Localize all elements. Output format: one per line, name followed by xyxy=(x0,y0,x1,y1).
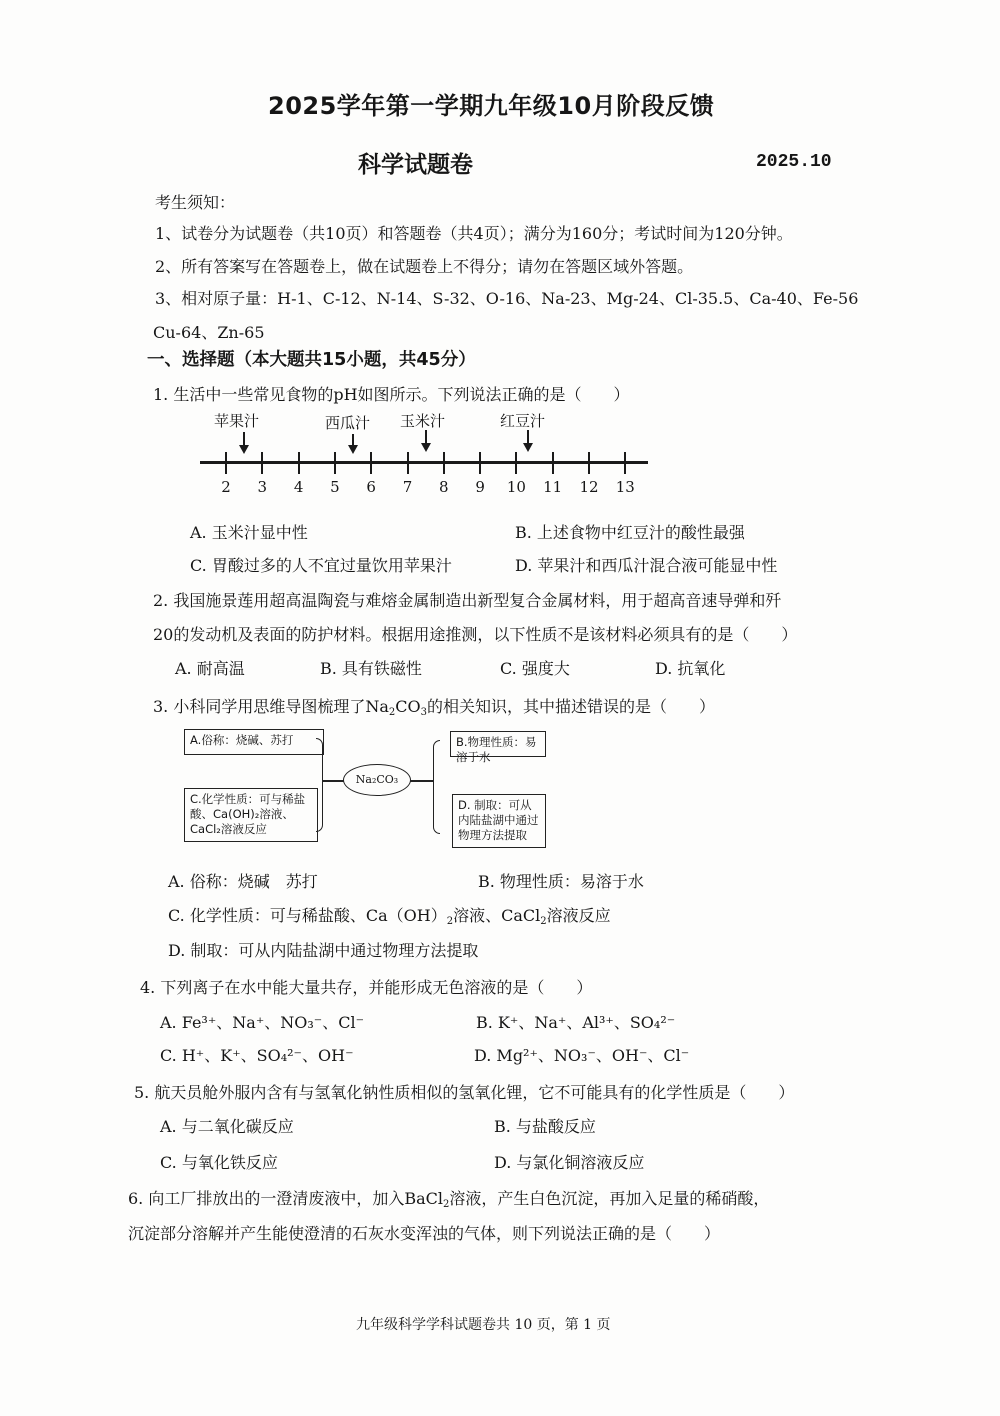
mindmap-node-a: A.俗称：烧碱、苏打 xyxy=(184,729,324,755)
notice-item-3-cont: Cu-64、Zn-65 xyxy=(153,320,265,343)
ph-axis-line xyxy=(200,461,648,464)
ph-tick-label: 10 xyxy=(501,478,531,496)
exam-date: 2025.10 xyxy=(756,152,832,172)
q4-option-a: A. Fe³⁺、Na⁺、NO₃⁻、Cl⁻ xyxy=(160,1010,364,1033)
arrow-down-icon xyxy=(425,430,427,450)
ph-tick xyxy=(479,452,481,474)
ph-tick-label: 4 xyxy=(284,478,314,496)
connector-line xyxy=(410,780,434,782)
ph-tick xyxy=(588,452,590,474)
q5-option-c: C. 与氧化铁反应 xyxy=(160,1150,278,1173)
q2-option-c: C. 强度大 xyxy=(500,656,570,679)
ph-tick-label: 5 xyxy=(320,478,350,496)
ph-tick-label: 12 xyxy=(574,478,604,496)
exam-subtitle: 科学试题卷 xyxy=(358,146,473,179)
ph-tick xyxy=(370,452,372,474)
q4-option-d: D. Mg²⁺、NO₃⁻、OH⁻、Cl⁻ xyxy=(474,1043,689,1066)
q6-stem-line1: 6. 向工厂排放出的一澄清废液中，加入BaCl2溶液，产生白色沉淀，再加入足量的… xyxy=(128,1186,769,1210)
connector-line xyxy=(322,780,344,782)
q5-option-a: A. 与二氧化碳反应 xyxy=(160,1114,294,1137)
mindmap-node-c: C.化学性质：可与稀盐酸、Ca(OH)₂溶液、CaCl₂溶液反应 xyxy=(184,788,318,842)
q2-option-d: D. 抗氧化 xyxy=(655,656,725,679)
q3-stem-part: 的相关知识，其中描述错误的是（ ） xyxy=(427,697,715,716)
q3-option-c-part: 溶液反应 xyxy=(547,906,611,925)
ph-tick-label: 8 xyxy=(429,478,459,496)
ph-tick xyxy=(261,452,263,474)
notice-heading: 考生须知： xyxy=(155,190,235,213)
ph-tick xyxy=(624,452,626,474)
ph-tick-label: 9 xyxy=(465,478,495,496)
ph-tick-label: 11 xyxy=(538,478,568,496)
brace-left xyxy=(316,738,323,832)
q2-option-a: A. 耐高温 xyxy=(175,656,245,679)
ph-tick-label: 13 xyxy=(610,478,640,496)
ph-tick xyxy=(552,452,554,474)
q3-option-c-part: C. 化学性质：可与稀盐酸、Ca（OH） xyxy=(168,906,447,925)
page-footer: 九年级科学学科试题卷共 10 页，第 1 页 xyxy=(356,1314,611,1334)
food-label-red-bean-juice: 红豆汁 xyxy=(500,410,545,431)
notice-item-2: 2、所有答案写在答题卷上，做在试题卷上不得分；请勿在答题区域外答题。 xyxy=(155,254,693,277)
ph-tick xyxy=(225,452,227,474)
q1-option-c: C. 胃酸过多的人不宜过量饮用苹果汁 xyxy=(190,553,452,576)
q4-option-c: C. H⁺、K⁺、SO₄²⁻、OH⁻ xyxy=(160,1043,354,1066)
q6-stem-line2: 沉淀部分溶解并产生能使澄清的石灰水变浑浊的气体，则下列说法正确的是（ ） xyxy=(128,1221,720,1244)
q5-stem: 5. 航天员舱外服内含有与氢氧化钠性质相似的氢氧化锂，它不可能具有的化学性质是（… xyxy=(134,1080,794,1103)
q3-stem: 3. 小科同学用思维导图梳理了Na2CO3的相关知识，其中描述错误的是（ ） xyxy=(153,694,715,718)
food-label-apple-juice: 苹果汁 xyxy=(214,410,259,431)
ph-tick xyxy=(298,452,300,474)
q3-option-b: B. 物理性质：易溶于水 xyxy=(478,869,644,892)
ph-scale-figure: 2345678910111213 苹果汁 西瓜汁 玉米汁 红豆汁 xyxy=(0,400,1000,500)
ph-tick-label: 3 xyxy=(247,478,277,496)
arrow-down-icon xyxy=(352,434,354,452)
q3-option-c-part: 溶液、CaCl xyxy=(453,906,540,925)
food-label-corn-juice: 玉米汁 xyxy=(400,410,445,431)
exam-title: 2025学年第一学期九年级10月阶段反馈 xyxy=(268,86,714,121)
brace-right xyxy=(433,740,440,834)
food-label-watermelon-juice: 西瓜汁 xyxy=(325,412,370,433)
q5-option-d: D. 与氯化铜溶液反应 xyxy=(494,1150,644,1173)
q4-stem: 4. 下列离子在水中能大量共存，并能形成无色溶液的是（ ） xyxy=(140,975,592,998)
ph-tick-label: 7 xyxy=(393,478,423,496)
q3-stem-part: 3. 小科同学用思维导图梳理了Na xyxy=(153,697,389,716)
ph-tick-label: 2 xyxy=(211,478,241,496)
q5-option-b: B. 与盐酸反应 xyxy=(494,1114,596,1137)
q3-stem-part: CO xyxy=(395,697,420,716)
mindmap-center-na2co3: Na₂CO₃ xyxy=(343,764,411,796)
arrow-down-icon xyxy=(243,432,245,452)
ph-tick-label: 6 xyxy=(356,478,386,496)
q3-option-d: D. 制取：可从内陆盐湖中通过物理方法提取 xyxy=(168,938,478,961)
q3-option-c: C. 化学性质：可与稀盐酸、Ca（OH）2溶液、CaCl2溶液反应 xyxy=(168,903,611,927)
q1-option-d: D. 苹果汁和西瓜汁混合液可能显中性 xyxy=(515,553,777,576)
q4-option-b: B. K⁺、Na⁺、Al³⁺、SO₄²⁻ xyxy=(476,1010,675,1033)
q3-option-a: A. 俗称：烧碱 苏打 xyxy=(168,869,318,892)
ph-tick xyxy=(407,452,409,474)
q2-stem-line2: 20的发动机及表面的防护材料。根据用途推测，以下性质不是该材料必须具有的是（ ） xyxy=(153,622,797,645)
q1-option-a: A. 玉米汁显中性 xyxy=(190,520,308,543)
mindmap-node-b: B.物理性质：易溶于水 xyxy=(450,731,546,757)
ph-tick xyxy=(334,452,336,474)
section-heading: 一、选择题（本大题共15小题，共45分） xyxy=(147,346,476,371)
ph-tick xyxy=(443,452,445,474)
mindmap-node-d: D. 制取：可从内陆盐湖中通过物理方法提取 xyxy=(452,794,546,848)
q2-stem-line1: 2. 我国施景莲用超高温陶瓷与难熔金属制造出新型复合金属材料，用于超高音速导弹和… xyxy=(153,588,781,611)
notice-item-1: 1、试卷分为试题卷（共10页）和答题卷（共4页）；满分为160分；考试时间为12… xyxy=(155,221,793,244)
arrow-down-icon xyxy=(527,430,529,450)
ph-tick xyxy=(515,452,517,474)
q6-stem-part: 6. 向工厂排放出的一澄清废液中，加入BaCl xyxy=(128,1189,443,1208)
q6-stem-part: 溶液，产生白色沉淀，再加入足量的稀硝酸， xyxy=(449,1189,769,1208)
q2-option-b: B. 具有铁磁性 xyxy=(320,656,422,679)
q1-option-b: B. 上述食物中红豆汁的酸性最强 xyxy=(515,520,745,543)
notice-item-3: 3、相对原子量：H-1、C-12、N-14、S-32、O-16、Na-23、Mg… xyxy=(155,286,858,309)
